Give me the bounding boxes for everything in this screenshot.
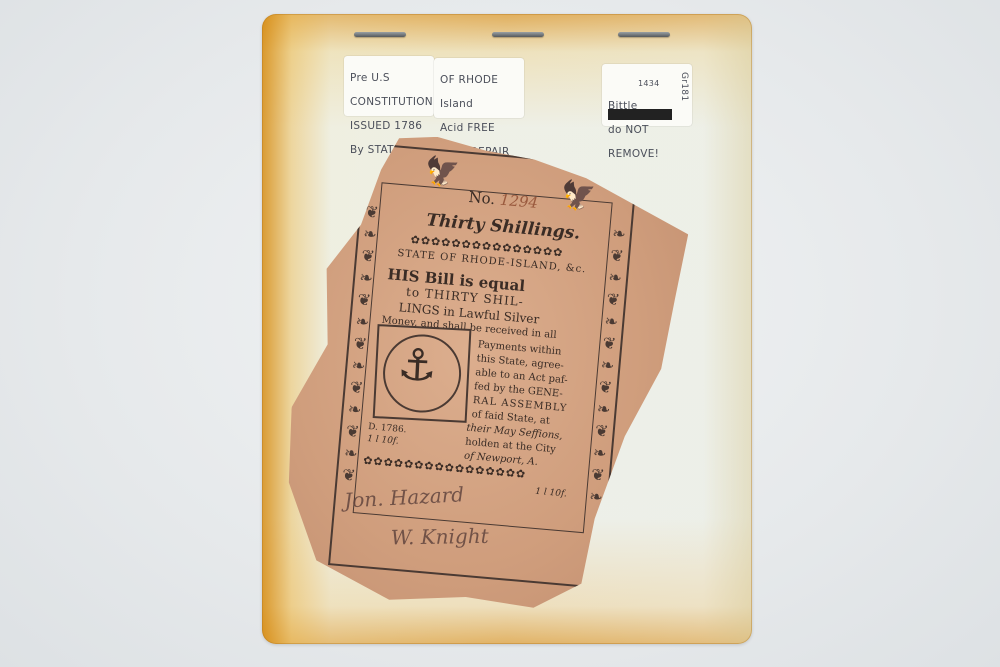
anchor-seal: ⚓	[373, 324, 472, 423]
label-line: 1434	[608, 80, 686, 88]
label-line: OF RHODE	[440, 74, 518, 86]
staple-middle	[492, 32, 544, 37]
label-line: CONSTITUTION	[350, 96, 428, 108]
label-line: do NOT	[608, 124, 686, 136]
label-side-text: Gr181	[678, 72, 690, 101]
label-do-not-remove: 1434 Bittle do NOT REMOVE! Gr181	[602, 64, 692, 126]
label-rhode-island: OF RHODE Island Acid FREE TAPE REPAIR	[434, 58, 524, 118]
label-line: ISSUED 1786	[350, 120, 428, 132]
staple-left	[354, 32, 406, 37]
label-pre-constitution: Pre U.S CONSTITUTION ISSUED 1786 By STAT…	[344, 56, 434, 116]
label-line: Island	[440, 98, 518, 110]
black-tape	[608, 109, 672, 120]
serial-prefix: No.	[468, 188, 496, 208]
staple-right	[618, 32, 670, 37]
anchor-icon: ⚓	[396, 339, 438, 392]
label-line: REMOVE!	[608, 148, 686, 160]
eagle-left-icon: 🦅	[423, 154, 461, 190]
label-line: Pre U.S	[350, 72, 428, 84]
serial-value: 1294	[499, 191, 539, 212]
label-line: Acid FREE	[440, 122, 518, 134]
signature-2: W. Knight	[391, 524, 489, 550]
eagle-right-icon: 🦅	[560, 178, 598, 214]
